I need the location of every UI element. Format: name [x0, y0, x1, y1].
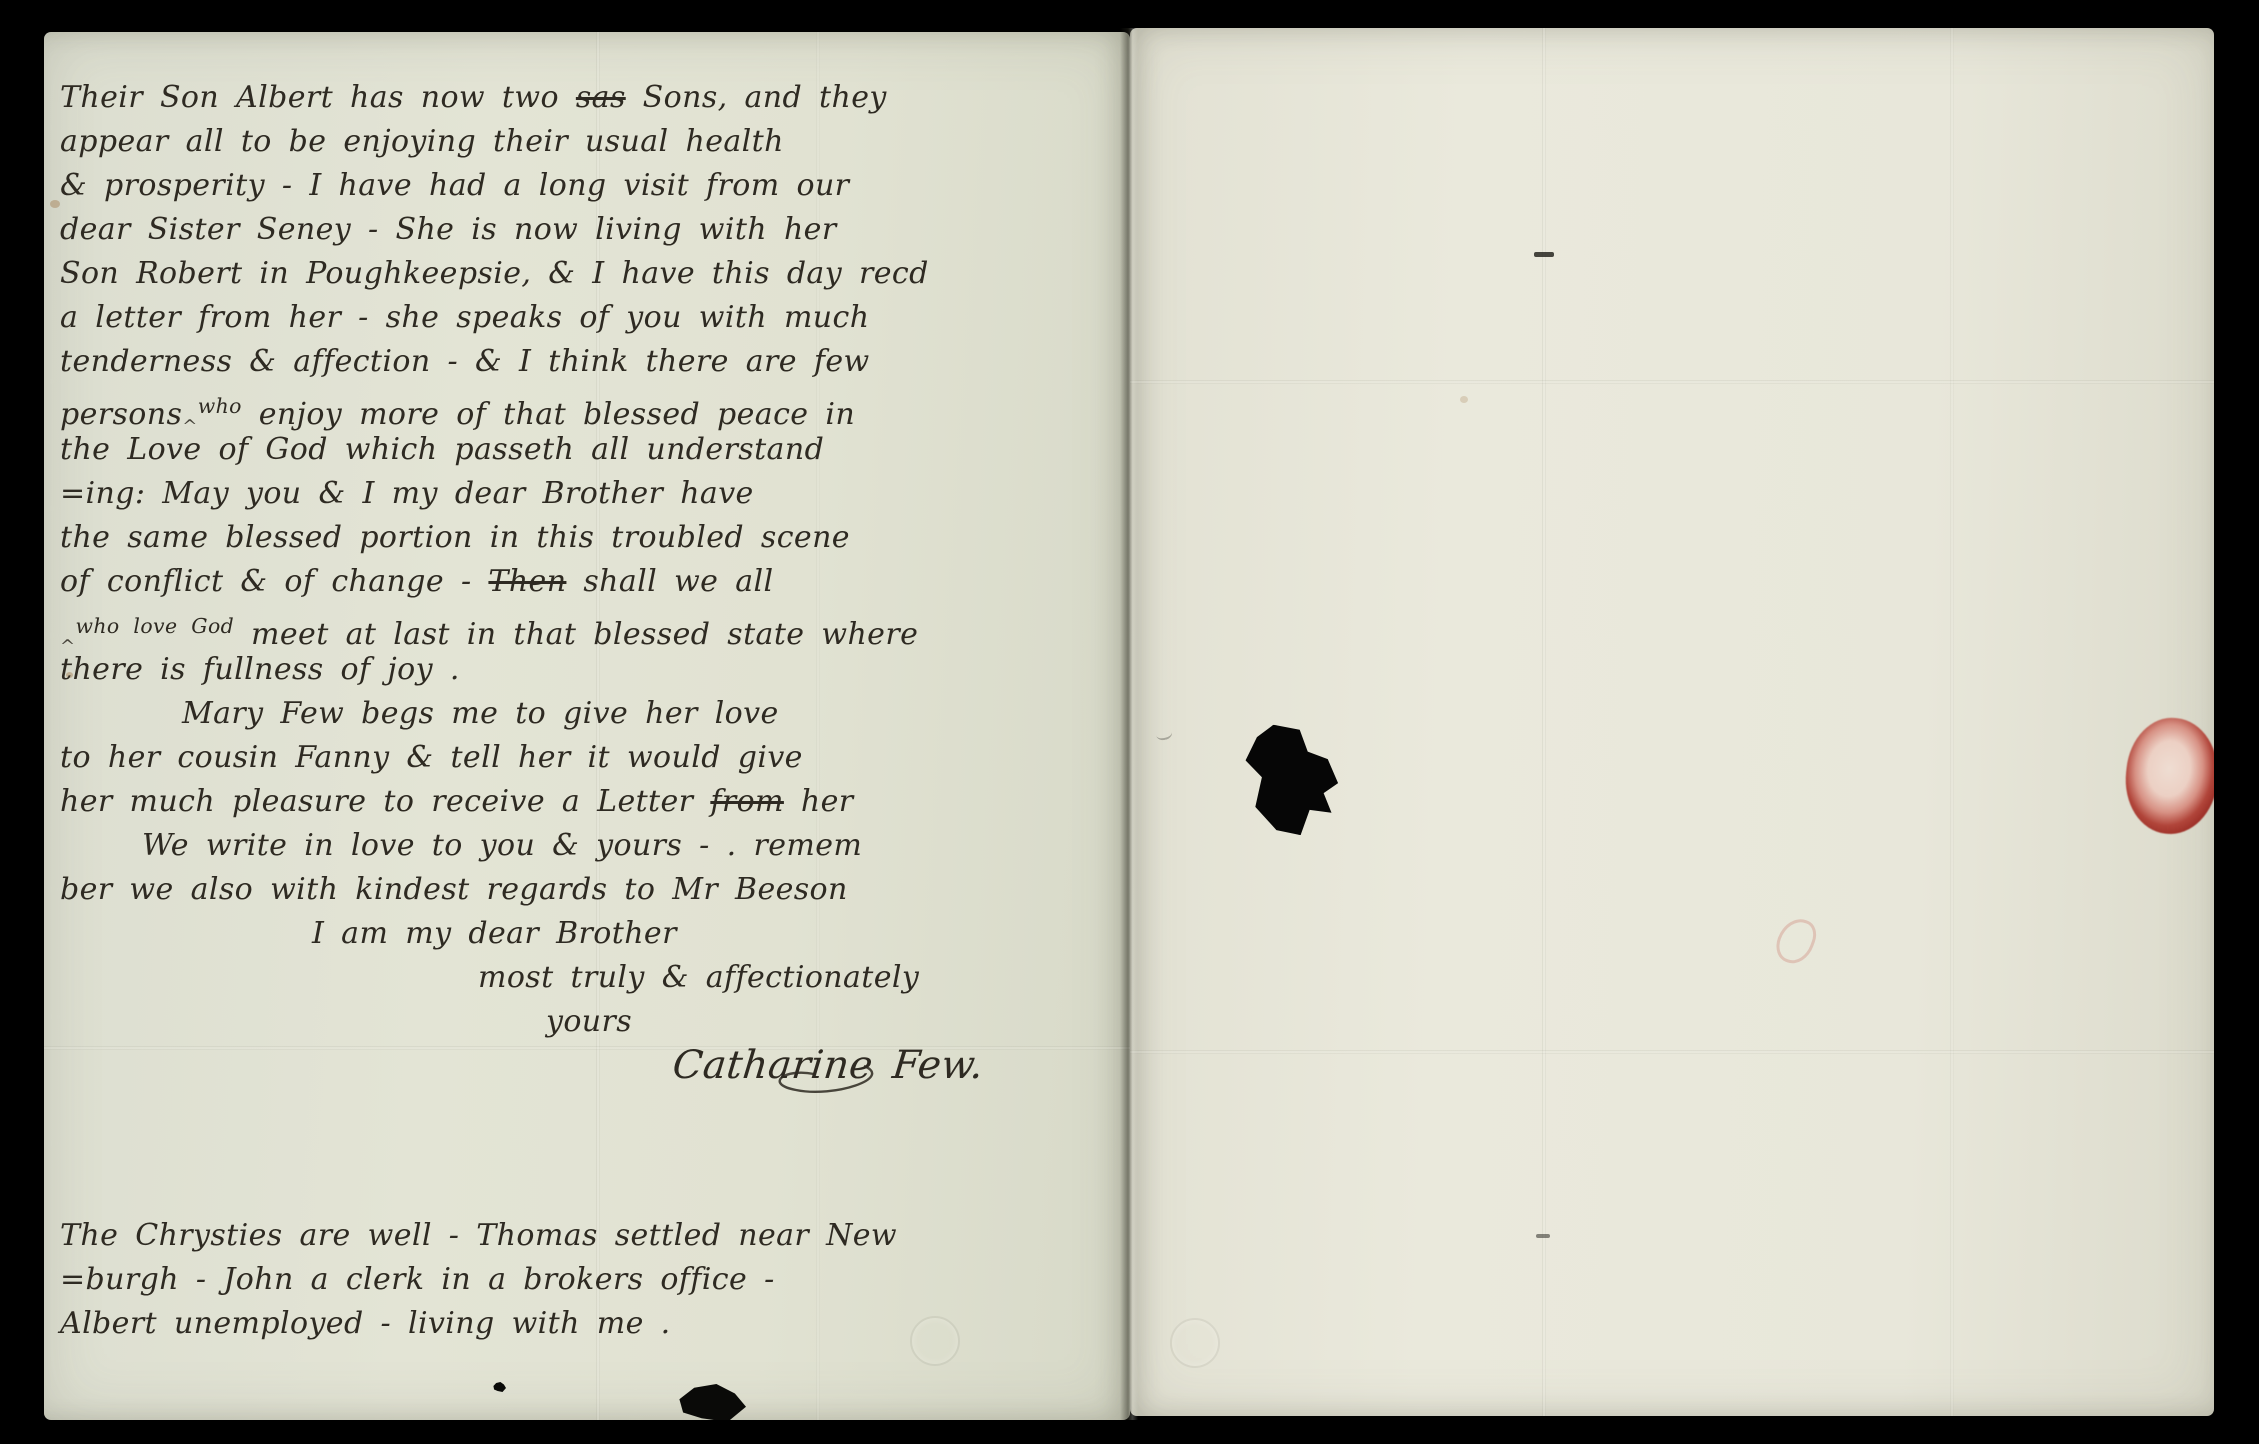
red-seal-offset-mark — [1771, 913, 1821, 969]
inserted-word: who love God — [75, 614, 234, 638]
letter-line: the Love of God which passeth all unders… — [60, 428, 1080, 472]
letter-line: Their Son Albert has now two sas Sons, a… — [60, 76, 1080, 120]
letter-text-segment: Mary Few begs me to give her love — [182, 696, 779, 731]
letter-transcription: Their Son Albert has now two sas Sons, a… — [60, 76, 1080, 1346]
letter-line: of conflict & of change - Then shall we … — [60, 560, 1080, 604]
letter-text-segment: her much pleasure to receive a Letter — [60, 784, 710, 819]
letter-text-segment: I am my dear Brother — [312, 916, 677, 951]
letter-text-segment: Albert unemployed - living with me . — [60, 1306, 671, 1341]
letter-text-segment: The Chrysties are well - Thomas settled … — [60, 1218, 897, 1253]
letter-text-segment: & prosperity - I have had a long visit f… — [60, 168, 849, 203]
letter-line: ber we also with kindest regards to Mr B… — [60, 868, 1080, 912]
letter-line: =burgh - John a clerk in a brokers offic… — [60, 1258, 1080, 1302]
letter-text-segment: ^ — [182, 416, 197, 437]
letter-line: tenderness & affection - & I think there… — [60, 340, 1080, 384]
letter-line: persons^who enjoy more of that blessed p… — [60, 384, 1080, 428]
blind-stamp-icon — [1170, 1318, 1220, 1368]
letter-text-segment: =burgh - John a clerk in a brokers offic… — [60, 1262, 775, 1297]
letter-text-segment: ber we also with kindest regards to Mr B… — [60, 872, 848, 907]
signature-flourish — [744, 1060, 894, 1100]
letter-text-segment: shall we all — [566, 564, 773, 599]
fold-crease-vertical — [1950, 28, 1954, 1416]
letter-line: We write in love to you & yours - . reme… — [142, 824, 1080, 868]
letter-text-segment: persons — [60, 397, 182, 432]
letter-text-segment: We write in love to you & yours - . reme… — [142, 828, 862, 863]
letter-text-segment: to her cousin Fanny & tell her it would … — [60, 740, 803, 775]
letter-line: Son Robert in Poughkeepsie, & I have thi… — [60, 252, 1080, 296]
ink-speck — [492, 1382, 506, 1392]
letter-scan: Their Son Albert has now two sas Sons, a… — [0, 0, 2259, 1444]
letter-text-segment: the Love of God which passeth all unders… — [60, 432, 824, 467]
blind-stamp-icon — [910, 1316, 960, 1366]
letter-text-segment: there is fullness of joy . — [60, 652, 460, 687]
torn-hole — [1243, 719, 1359, 838]
paper-slit — [1536, 1234, 1550, 1238]
letter-line: Mary Few begs me to give her love — [182, 692, 1080, 736]
letter-text-segment: appear all to be enjoying their usual he… — [60, 124, 784, 159]
letter-text-segment: yours — [546, 1004, 632, 1039]
ink-blot — [672, 1384, 746, 1420]
letter-text-segment: a letter from her - she speaks of you wi… — [60, 300, 869, 335]
fold-crease-horizontal — [1130, 380, 2214, 384]
letter-text-segment: Son Robert in Poughkeepsie, & I have thi… — [60, 256, 929, 291]
letter-line: there is fullness of joy . — [60, 648, 1080, 692]
foxing-spot — [1460, 396, 1468, 403]
struck-word: from — [710, 784, 784, 819]
letter-line: a letter from her - she speaks of you wi… — [60, 296, 1080, 340]
letter-page-right — [1130, 28, 2214, 1416]
letter-text-segment: meet at last in that blessed state where — [234, 617, 918, 652]
letter-line: most truly & affectionately — [478, 956, 1080, 1000]
fold-crease-vertical — [1542, 28, 1546, 1416]
letter-text-segment: dear Sister Seney - She is now living wi… — [60, 212, 837, 247]
letter-line: yours — [546, 1000, 1080, 1044]
letter-text-segment: =ing: May you & I my dear Brother have — [60, 476, 754, 511]
letter-line: dear Sister Seney - She is now living wi… — [60, 208, 1080, 252]
inserted-word: who — [198, 394, 242, 418]
letter-text-segment: the same blessed portion in this trouble… — [60, 520, 850, 555]
letter-line: =ing: May you & I my dear Brother have — [60, 472, 1080, 516]
letter-line: to her cousin Fanny & tell her it would … — [60, 736, 1080, 780]
foxing-spot — [50, 200, 60, 208]
struck-word: sas — [576, 80, 626, 115]
letter-text-segment: tenderness & affection - & I think there… — [60, 344, 870, 379]
letter-line: her much pleasure to receive a Letter fr… — [60, 780, 1080, 824]
wax-seal — [2120, 714, 2214, 839]
letter-line: I am my dear Brother — [312, 912, 1080, 956]
letter-line: ^who love God meet at last in that bless… — [60, 604, 1080, 648]
letter-line: the same blessed portion in this trouble… — [60, 516, 1080, 560]
struck-word: Then — [488, 564, 566, 599]
pencil-mark — [1155, 726, 1173, 741]
letter-line: & prosperity - I have had a long visit f… — [60, 164, 1080, 208]
letter-page-left: Their Son Albert has now two sas Sons, a… — [44, 32, 1130, 1420]
letter-text-segment: ^ — [60, 636, 75, 657]
center-fold-shadow — [1120, 28, 1138, 1420]
letter-text-segment: enjoy more of that blessed peace in — [242, 397, 855, 432]
letter-line: The Chrysties are well - Thomas settled … — [60, 1214, 1080, 1258]
letter-text-segment: Their Son Albert has now two — [60, 80, 576, 115]
letter-text-segment: most truly & affectionately — [478, 960, 919, 995]
letter-text-segment: her — [784, 784, 854, 819]
letter-line: appear all to be enjoying their usual he… — [60, 120, 1080, 164]
fold-crease-horizontal — [1130, 1050, 2214, 1054]
letter-text-segment: of conflict & of change - — [60, 564, 488, 599]
paper-slit — [1534, 252, 1554, 257]
letter-text-segment: Sons, and they — [626, 80, 887, 115]
